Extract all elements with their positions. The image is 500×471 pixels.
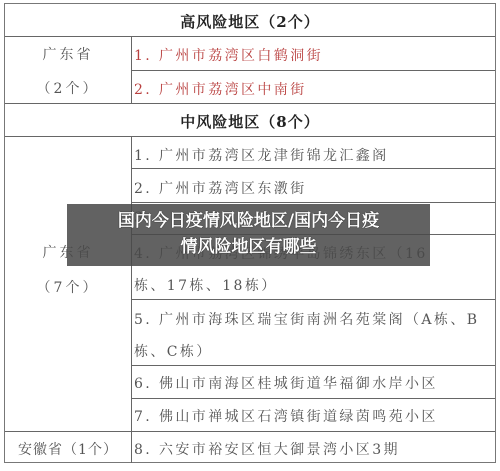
high-risk-title: 高风险地区（2个） xyxy=(5,11,495,32)
title-overlay-banner: 国内今日疫情风险地区/国内今日疫 情风险地区有哪些 xyxy=(67,204,430,266)
divider xyxy=(131,299,495,300)
province-name: 安徽省（1个） xyxy=(5,439,131,459)
column-divider xyxy=(131,136,132,463)
medium-risk-item: 6. 佛山市南海区桂城街道华福御水岸小区 xyxy=(134,373,493,393)
medium-risk-item: 2. 广州市荔湾区东漖街 xyxy=(134,178,493,198)
divider xyxy=(131,398,495,399)
high-risk-item: 1. 广州市荔湾区白鹤洞街 xyxy=(134,45,493,65)
medium-risk-item: 7. 佛山市禅城区石湾镇街道绿茵鸣苑小区 xyxy=(134,406,493,426)
province-count: （2个） xyxy=(5,78,131,98)
province-count: （7个） xyxy=(5,277,131,297)
divider xyxy=(131,168,495,169)
divider xyxy=(5,103,495,104)
overlay-title-line2: 情风险地区有哪些 xyxy=(67,234,430,260)
divider xyxy=(5,431,495,432)
overlay-title-line1: 国内今日疫情风险地区/国内今日疫 xyxy=(67,208,430,234)
divider xyxy=(5,36,495,37)
column-divider xyxy=(131,36,132,103)
medium-risk-item: 8. 六安市裕安区恒大御景湾小区3期 xyxy=(134,439,493,459)
divider xyxy=(131,365,495,366)
medium-risk-item-cont: 栋、17栋、18栋） xyxy=(134,275,493,295)
divider xyxy=(5,136,495,137)
medium-risk-item-cont: 栋、C栋） xyxy=(134,341,493,361)
medium-risk-title: 中风险地区（8个） xyxy=(5,111,495,132)
medium-risk-item: 1. 广州市荔湾区龙津街锦龙汇鑫阁 xyxy=(134,145,493,165)
divider xyxy=(131,202,495,203)
high-risk-item: 2. 广州市荔湾区中南街 xyxy=(134,79,493,99)
divider xyxy=(131,70,495,71)
medium-risk-item: 5. 广州市海珠区瑞宝街南洲名苑棠阁（A栋、B xyxy=(134,309,493,329)
province-name: 广东省 xyxy=(5,44,131,64)
